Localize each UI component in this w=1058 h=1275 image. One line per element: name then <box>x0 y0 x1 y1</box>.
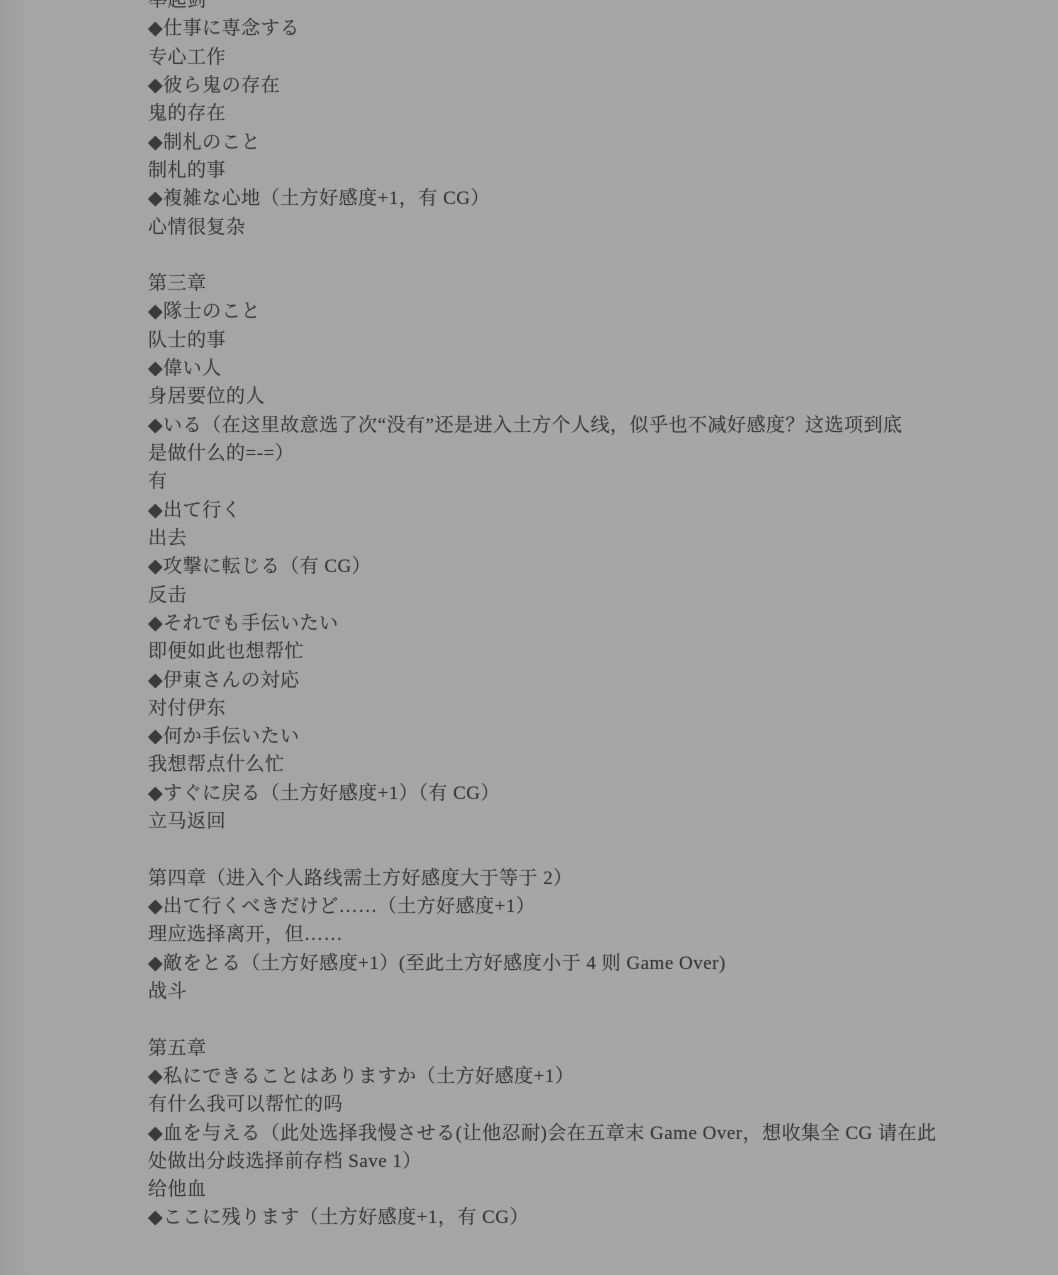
text-line: 第三章 <box>148 270 1058 298</box>
text-line: 身居要位的人 <box>148 383 1058 411</box>
text-line: 队士的事 <box>148 327 1058 355</box>
text-line: ◆複雑な心地（土方好感度+1，有 CG） <box>148 185 1058 213</box>
text-line: 对付伊东 <box>148 695 1058 723</box>
text-line: ◆制札のこと <box>148 129 1058 157</box>
blank-line <box>148 242 1058 270</box>
text-line: 是做什么的=-=） <box>148 440 1058 468</box>
text-line: 举起剑 <box>148 0 1058 15</box>
text-line: ◆攻撃に転じる（有 CG） <box>148 553 1058 581</box>
text-line: 理应选择离开，但…… <box>148 921 1058 949</box>
text-line: 出去 <box>148 525 1058 553</box>
text-line: 处做出分歧选择前存档 Save 1） <box>148 1148 1058 1176</box>
text-line: ◆偉い人 <box>148 355 1058 383</box>
blank-line <box>148 1006 1058 1034</box>
text-line: 战斗 <box>148 978 1058 1006</box>
text-line: 给他血 <box>148 1176 1058 1204</box>
text-line: 立马返回 <box>148 808 1058 836</box>
text-line: 第五章 <box>148 1035 1058 1063</box>
text-line: 即便如此也想帮忙 <box>148 638 1058 666</box>
text-line: ◆隊士のこと <box>148 298 1058 326</box>
text-line: 有 <box>148 468 1058 496</box>
text-line: 我想帮点什么忙 <box>148 751 1058 779</box>
document-page: 举起剑◆仕事に専念する专心工作◆彼ら鬼の存在鬼的存在◆制札のこと制札的事◆複雑な… <box>0 0 1058 1275</box>
text-line: 反击 <box>148 582 1058 610</box>
text-line: ◆それでも手伝いたい <box>148 610 1058 638</box>
text-line: 专心工作 <box>148 44 1058 72</box>
text-line: 有什么我可以帮忙的吗 <box>148 1091 1058 1119</box>
text-line: ◆血を与える（此处选择我慢させる(让他忍耐)会在五章末 Game Over，想收… <box>148 1120 1058 1148</box>
text-line: 第四章（进入个人路线需土方好感度大于等于 2） <box>148 865 1058 893</box>
text-line: ◆いる（在这里故意选了次“没有”还是进入土方个人线，似乎也不减好感度？这选项到底 <box>148 412 1058 440</box>
text-line: 制札的事 <box>148 157 1058 185</box>
text-line: ◆ここに残ります（土方好感度+1，有 CG） <box>148 1204 1058 1232</box>
text-line: ◆伊東さんの対応 <box>148 667 1058 695</box>
text-line: ◆私にできることはありますか（土方好感度+1） <box>148 1063 1058 1091</box>
text-line: ◆仕事に専念する <box>148 15 1058 43</box>
text-line: ◆彼ら鬼の存在 <box>148 72 1058 100</box>
text-line: 鬼的存在 <box>148 100 1058 128</box>
blank-line <box>148 836 1058 864</box>
text-line: ◆出て行く <box>148 497 1058 525</box>
walkthrough-text-block: 举起剑◆仕事に専念する专心工作◆彼ら鬼の存在鬼的存在◆制札のこと制札的事◆複雑な… <box>148 0 1058 1233</box>
text-line: ◆敵をとる（土方好感度+1）(至此土方好感度小于 4 则 Game Over) <box>148 950 1058 978</box>
text-line: ◆出て行くべきだけど……（土方好感度+1） <box>148 893 1058 921</box>
text-line: 心情很复杂 <box>148 214 1058 242</box>
text-line: ◆すぐに戻る（土方好感度+1）（有 CG） <box>148 780 1058 808</box>
text-line: ◆何か手伝いたい <box>148 723 1058 751</box>
